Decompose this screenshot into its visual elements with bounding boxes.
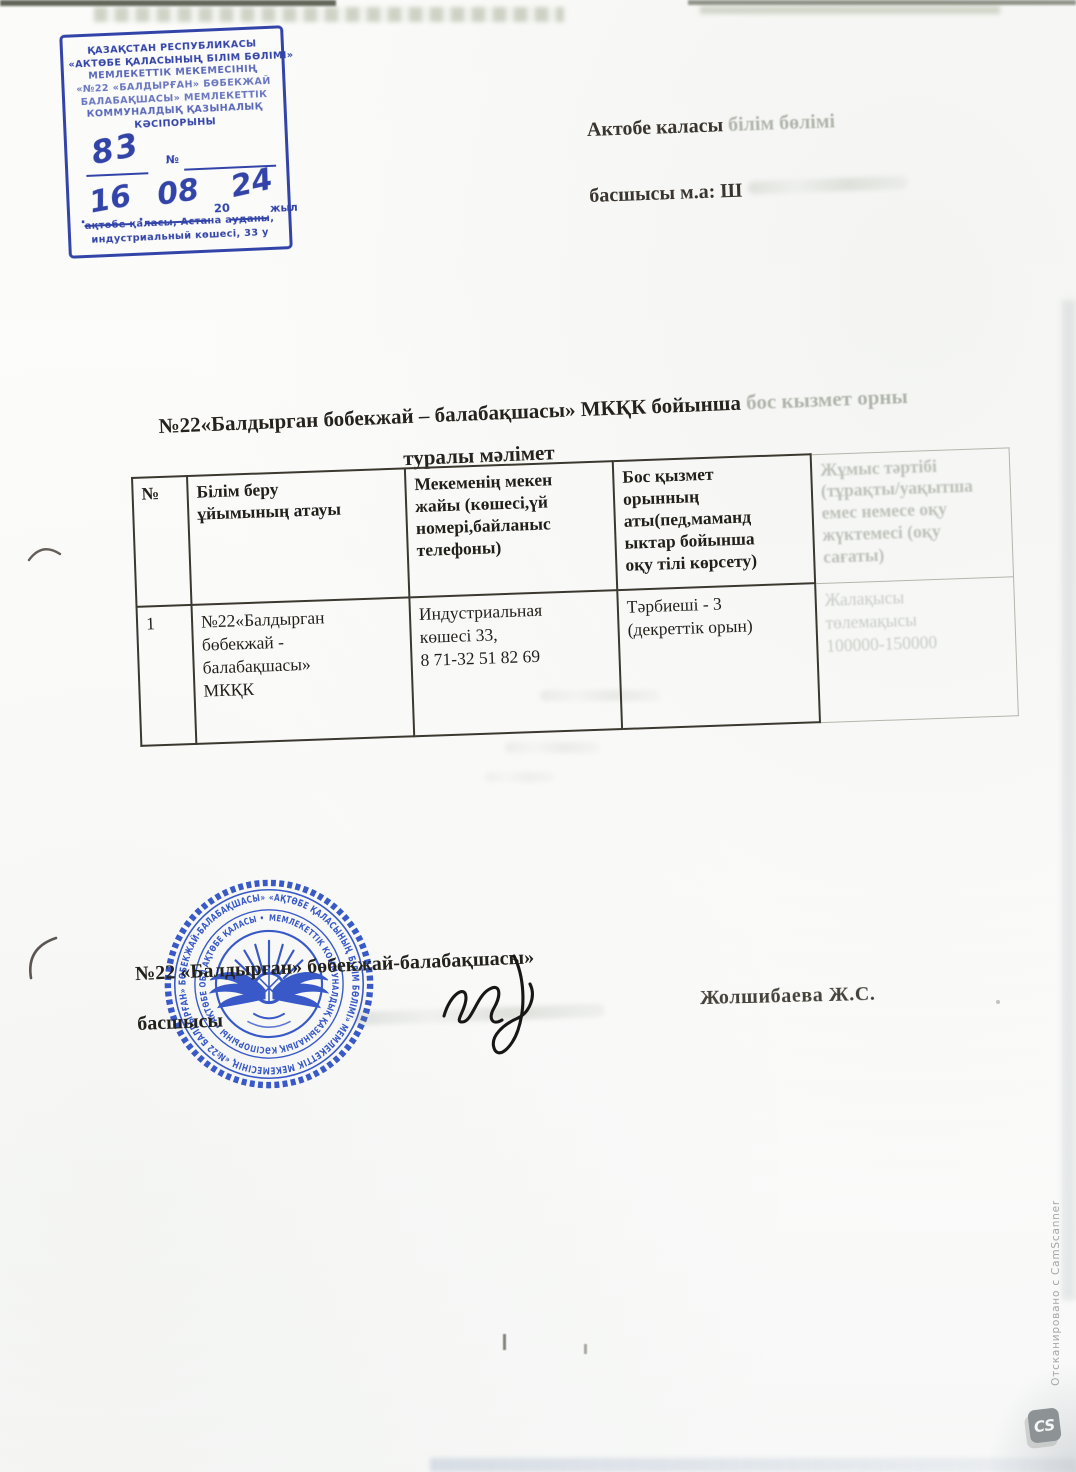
table-header-extra-faded: Жұмыс тәртібі (тұрақты/уақытша емес неме… — [811, 447, 1014, 583]
table-cell-num: 1 — [137, 605, 197, 746]
scan-edge-artifact — [94, 7, 564, 22]
addressee-block: Актобе каласы білім бөлімі басшысы м.а: … — [587, 105, 990, 208]
camscanner-badge: CS — [1027, 1407, 1062, 1444]
stamp-no-label: № — [165, 153, 179, 167]
title-faded: бос кызмет орны — [746, 384, 909, 414]
table-row: 1 №22«Балдырган бөбекжай - балабақшасы» … — [137, 576, 1019, 746]
signer-name: Жолшибаева Ж.С. — [700, 983, 876, 1010]
illegible-ghost-text — [485, 772, 555, 782]
illegible-ghost-text — [505, 742, 600, 753]
handwritten-date-month: 08 — [155, 172, 201, 213]
scan-edge-artifact — [700, 6, 1000, 14]
scan-edge-artifact — [430, 1458, 1076, 1472]
addressee-head: басшысы м.а: Ш — [589, 180, 743, 207]
handwritten-document-number: 83 — [88, 125, 143, 172]
table-header-vacancy: Бос қызмет орынның аты(пед,маманд ыктар … — [613, 454, 815, 590]
registration-stamp: ҚАЗАҚСТАН РЕСПУБЛИКАСЫ «АКТӨБЕ ҚАЛАСЫНЫҢ… — [59, 25, 293, 259]
scan-speck — [996, 1000, 1000, 1004]
illegible-ghost-text — [748, 176, 908, 195]
scan-speck — [584, 1344, 587, 1354]
scan-edge-artifact — [1062, 300, 1076, 1300]
handwritten-date-year: 24 — [228, 162, 276, 205]
scan-edge-artifact — [688, 0, 1076, 5]
addressee-line2: басшысы м.а: Ш — [589, 171, 990, 208]
signature-scribble — [430, 942, 560, 1067]
table-cell-vacancy: Тәрбиеші - 3 (декреттік орын) — [617, 583, 820, 729]
camscanner-watermark-text: Отсканировано с CamScanner — [1050, 1200, 1062, 1386]
handwritten-date-day: 16 — [87, 178, 134, 220]
scan-edge-artifact — [0, 0, 336, 6]
scan-speck — [503, 1334, 506, 1350]
addressee-line1: Актобе каласы білім бөлімі — [587, 105, 988, 142]
pen-mark-arc — [26, 541, 64, 565]
table-header-organization: Білім беру ұйымының атауы — [187, 468, 409, 605]
table-cell-organization: №22«Балдырган бөбекжай - балабақшасы» МК… — [192, 597, 415, 744]
table-header-address: Мекеменің мекен жайы (көшесі,үй номері,б… — [405, 461, 617, 597]
table-header-num: № — [132, 476, 191, 607]
scanned-document-page: ҚАЗАҚСТАН РЕСПУБЛИКАСЫ «АКТӨБЕ ҚАЛАСЫНЫҢ… — [0, 0, 1076, 1472]
addressee-city: Актобе каласы — [587, 114, 729, 141]
pen-mark-arc — [18, 934, 64, 984]
stamp-org-text: ҚАЗАҚСТАН РЕСПУБЛИКАСЫ «АКТӨБЕ ҚАЛАСЫНЫҢ… — [62, 28, 284, 135]
stamp-underline — [86, 172, 148, 177]
addressee-faded: білім бөлімі — [728, 110, 836, 136]
table-cell-address: Индустриальная көшесі 33, 8 71-32 51 82 … — [409, 590, 622, 736]
table-cell-extra-faded: Жалақысы төлемақысы 100000-150000 — [815, 576, 1018, 722]
vacancy-table: № Білім беру ұйымының атауы Мекеменің ме… — [131, 446, 1019, 747]
